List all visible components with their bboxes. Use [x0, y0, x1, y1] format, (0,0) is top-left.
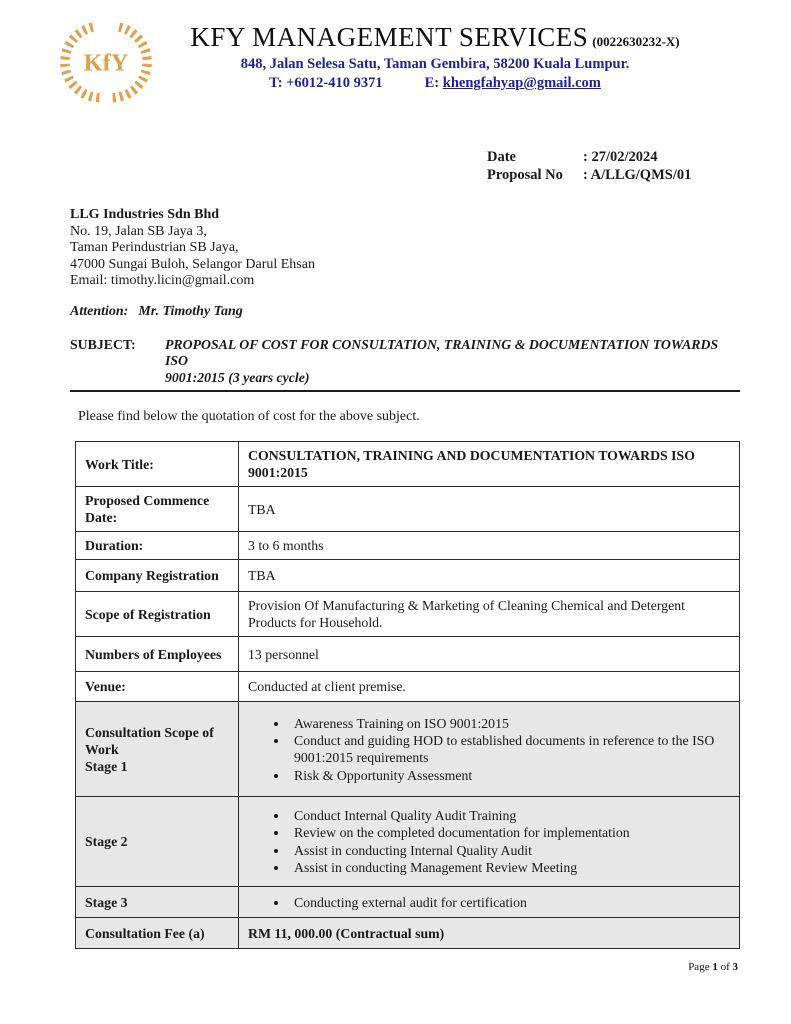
row-label: Duration: [76, 532, 239, 560]
table-row-stage-2: Stage 2 Conduct Internal Quality Audit T… [76, 797, 740, 887]
row-value: Awareness Training on ISO 9001:2015 Cond… [239, 702, 740, 797]
stage2-bullet-list: Conduct Internal Quality Audit Training … [248, 807, 730, 877]
table-row-duration: Duration: 3 to 6 months [76, 532, 740, 560]
attention-name: Mr. Timothy Tang [138, 304, 242, 319]
recipient-address-line: 47000 Sungai Buloh, Selangor Darul Ehsan [70, 257, 740, 274]
row-label: Company Registration [76, 560, 239, 592]
row-value: Provision Of Manufacturing & Marketing o… [239, 592, 740, 637]
recipient-email-line: Email: timothy.licin@gmail.com [70, 273, 740, 290]
table-row-scope-of-registration: Scope of Registration Provision Of Manuf… [76, 592, 740, 637]
company-phone: T: +6012-410 9371 [269, 75, 383, 91]
table-row-consultation-fee: Consultation Fee (a) RM 11, 000.00 (Cont… [76, 918, 740, 949]
stage3-bullet-list: Conducting external audit for certificat… [248, 894, 730, 911]
row-label-main: Consultation Scope of Work [85, 724, 229, 758]
table-row-stage-1: Consultation Scope of Work Stage 1 Aware… [76, 702, 740, 797]
row-label: Scope of Registration [76, 592, 239, 637]
page-number-footer: Page 1 of 3 [688, 961, 738, 973]
bullet-item: Awareness Training on ISO 9001:2015 [289, 715, 730, 732]
recipient-address-line: Taman Perindustrian SB Jaya, [70, 240, 740, 257]
company-registration-number: (0022630232-X) [592, 34, 679, 49]
proposal-no-value: : A/LLG/QMS/01 [583, 166, 691, 184]
email-prefix: E: [425, 75, 440, 91]
page-word: Page [688, 961, 709, 973]
page-number: 1 [712, 961, 718, 973]
attention-line: Attention:Mr. Timothy Tang [70, 304, 740, 320]
row-value: Conducting external audit for certificat… [239, 887, 740, 918]
subject-text-line2: 9001:2015 (3 years cycle) [165, 370, 740, 387]
row-value: 3 to 6 months [239, 532, 740, 560]
document-meta: Date : 27/02/2024 Proposal No : A/LLG/QM… [487, 148, 740, 184]
subject-label: SUBJECT: [70, 337, 165, 387]
bullet-item: Assist in conducting Internal Quality Au… [289, 842, 730, 859]
bullet-item: Review on the completed documentation fo… [289, 824, 730, 841]
row-label: Consultation Fee (a) [76, 918, 239, 949]
row-value: TBA [239, 487, 740, 532]
row-label: Work Title: [76, 442, 239, 487]
bullet-item: Conduct and guiding HOD to established d… [289, 732, 730, 766]
row-value: 13 personnel [239, 637, 740, 672]
date-value: : 27/02/2024 [583, 148, 658, 166]
table-row-company-registration: Company Registration TBA [76, 560, 740, 592]
date-label: Date [487, 148, 583, 166]
recipient-company: LLG Industries Sdn Bhd [70, 207, 740, 224]
row-value: RM 11, 000.00 (Contractual sum) [239, 918, 740, 949]
company-address: 848, Jalan Selesa Satu, Taman Gembira, 5… [130, 56, 740, 73]
row-value: Conduct Internal Quality Audit Training … [239, 797, 740, 887]
company-name: KFY MANAGEMENT SERVICES [190, 22, 588, 52]
table-row-commence-date: Proposed Commence Date: TBA [76, 487, 740, 532]
table-row-work-title: Work Title: CONSULTATION, TRAINING AND D… [76, 442, 740, 487]
row-label-sub: Stage 1 [85, 758, 229, 775]
letterhead-text: KFY MANAGEMENT SERVICES (0022630232-X) 8… [70, 14, 740, 92]
bullet-item: Risk & Opportunity Assessment [289, 767, 730, 784]
proposal-no-row: Proposal No : A/LLG/QMS/01 [487, 166, 740, 184]
row-label: Venue: [76, 672, 239, 702]
row-value: CONSULTATION, TRAINING AND DOCUMENTATION… [239, 442, 740, 487]
letterhead: KfY KFY MANAGEMENT SERVICES (0022630232-… [70, 14, 740, 114]
row-label: Stage 2 [76, 797, 239, 887]
bullet-item: Assist in conducting Management Review M… [289, 859, 730, 876]
company-logo: KfY [55, 14, 157, 108]
row-label: Consultation Scope of Work Stage 1 [76, 702, 239, 797]
row-label: Proposed Commence Date: [76, 487, 239, 532]
attention-label: Attention: [70, 304, 128, 319]
row-value: TBA [239, 560, 740, 592]
company-email-link[interactable]: khengfahyap@gmail.com [443, 75, 601, 91]
recipient-address-line: No. 19, Jalan SB Jaya 3, [70, 224, 740, 241]
company-name-line: KFY MANAGEMENT SERVICES (0022630232-X) [130, 22, 740, 53]
table-row-numbers-of-employees: Numbers of Employees 13 personnel [76, 637, 740, 672]
bullet-item: Conducting external audit for certificat… [289, 894, 730, 911]
subject-text: PROPOSAL OF COST FOR CONSULTATION, TRAIN… [165, 337, 740, 387]
total-pages: 3 [733, 961, 739, 973]
intro-text: Please find below the quotation of cost … [78, 409, 740, 425]
of-word: of [721, 961, 730, 973]
table-row-stage-3: Stage 3 Conducting external audit for ce… [76, 887, 740, 918]
proposal-no-label: Proposal No [487, 166, 583, 184]
logo-monogram: KfY [84, 49, 129, 76]
subject-line: SUBJECT: PROPOSAL OF COST FOR CONSULTATI… [70, 337, 740, 387]
laurel-wreath-icon: KfY [55, 14, 157, 108]
subject-divider [70, 390, 740, 392]
table-row-venue: Venue: Conducted at client premise. [76, 672, 740, 702]
quotation-table: Work Title: CONSULTATION, TRAINING AND D… [75, 441, 740, 949]
date-row: Date : 27/02/2024 [487, 148, 740, 166]
document-page: KfY KFY MANAGEMENT SERVICES (0022630232-… [0, 0, 791, 1024]
recipient-block: LLG Industries Sdn Bhd No. 19, Jalan SB … [70, 207, 740, 290]
company-contact-line: T: +6012-410 9371E: khengfahyap@gmail.co… [130, 75, 740, 92]
row-label: Numbers of Employees [76, 637, 239, 672]
subject-text-line1: PROPOSAL OF COST FOR CONSULTATION, TRAIN… [165, 337, 740, 370]
stage1-bullet-list: Awareness Training on ISO 9001:2015 Cond… [248, 715, 730, 784]
row-value: Conducted at client premise. [239, 672, 740, 702]
bullet-item: Conduct Internal Quality Audit Training [289, 807, 730, 824]
row-label: Stage 3 [76, 887, 239, 918]
